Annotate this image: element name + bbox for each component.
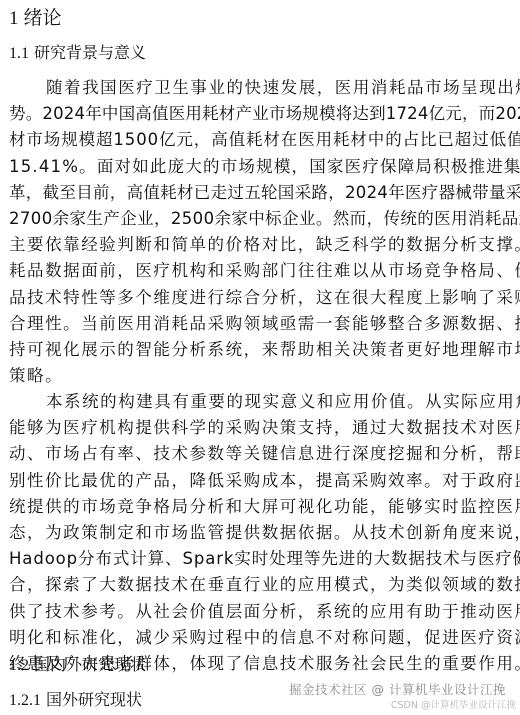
- chapter-title: 绪论: [24, 7, 62, 29]
- paragraph-line: 合理性。当前医用消耗品采购领域亟需一套能够整合多源数据、提供深度分析、支: [9, 311, 505, 337]
- paragraph-line: 别性价比最优的产品，降低采购成本，提高采购效率。对于政府监管部门而言，系: [9, 468, 505, 494]
- paragraph-line: 2700余家生产企业，2500余家中标企业。然而，传统的医用消耗品选品和采购决策: [9, 206, 505, 232]
- watermark-csdn: CSDN @计算机毕业设计江挽: [391, 697, 516, 711]
- paragraph-line: 策略。: [9, 363, 505, 389]
- paragraph-line: 持可视化展示的智能分析系统，来帮助相关决策者更好地理解市场动态，优化选品: [9, 337, 505, 363]
- paragraph-line: 15.41%。面对如此庞大的市场规模，国家医疗保障局积极推进集中带量采购改: [9, 154, 505, 180]
- paragraph-line: 随着我国医疗卫生事业的快速发展，医用消耗品市场呈现出爆发式增长态: [9, 75, 505, 101]
- watermark-juejin: 掘金技术社区 @ 计算机毕业设计江挽: [289, 680, 506, 698]
- paragraph-background: 随着我国医疗卫生事业的快速发展，医用消耗品市场呈现出爆发式增长态 势。2024年…: [9, 75, 505, 389]
- paragraph-line: 势。2024年中国高值医用耗材产业市场规模将达到1724亿元，而2022年我国高…: [9, 101, 505, 127]
- paragraph-line: Hadoop分布式计算、Spark实时处理等先进的大数据技术与医疗健康领域深度融: [9, 546, 505, 572]
- section-title: 研究背景与意义: [34, 43, 146, 62]
- paragraph-line: 能够为医疗机构提供科学的采购决策支持，通过大数据技术对医用消耗品的价格变: [9, 415, 505, 441]
- subsection-heading-1-2-1: 1.2.1国外研究现状: [9, 689, 142, 712]
- paragraph-line: 主要依靠经验判断和简单的价格对比，缺乏科学的数据分析支撑。在海量的医用消: [9, 232, 505, 258]
- paragraph-line: 革，截至目前，高值耗材已走过五轮国采路，2024年医疗器械带量采购工作共涉及: [9, 180, 505, 206]
- paragraph-line: 耗品数据面前，医疗机构和采购部门往往难以从市场竞争格局、价格变动趋势、产: [9, 258, 505, 284]
- paragraph-significance: 本系统的构建具有重要的现实意义和应用价值。从实际应用角度来看，该系统 能够为医疗…: [9, 389, 505, 677]
- paragraph-line: 明化和标准化，减少采购过程中的信息不对称问题，促进医疗资源的合理配置，最: [9, 625, 505, 651]
- subsection-title: 国外研究现状: [46, 690, 142, 709]
- subsection-number: 1.2.1: [9, 692, 41, 709]
- paragraph-line: 态，为政策制定和市场监管提供数据依据。从技术创新角度来说，该系统将: [9, 520, 505, 546]
- section-number: 1.2: [9, 657, 29, 674]
- section-number: 1.1: [9, 45, 29, 62]
- chapter-heading: 1绪论: [9, 6, 62, 31]
- section-heading-1-1: 1.1研究背景与意义: [9, 42, 146, 65]
- section-title: 国内外研究现状: [34, 655, 146, 674]
- paragraph-line: 合，探索了大数据技术在垂直行业的应用模式，为类似领域的数据分析系统开发提: [9, 572, 505, 598]
- paragraph-line: 统提供的市场竞争格局分析和大屏可视化功能，能够实时监控医用消耗品市场动: [9, 494, 505, 520]
- paragraph-line: 材市场规模超1500亿元，高值耗材在医用耗材中的占比已超过低值医用耗材，为: [9, 127, 505, 153]
- paragraph-line: 供了技术参考。从社会价值层面分析，系统的应用有助于推动医用消耗品采购的透: [9, 599, 505, 625]
- paragraph-line: 动、市场占有率、技术参数等关键信息进行深度挖掘和分析，帮助采购人员快速识: [9, 441, 505, 467]
- paragraph-line: 本系统的构建具有重要的现实意义和应用价值。从实际应用角度来看，该系统: [9, 389, 505, 415]
- chapter-number: 1: [9, 8, 19, 29]
- section-heading-1-2: 1.2国内外研究现状: [9, 654, 146, 677]
- paragraph-line: 品技术特性等多个维度进行综合分析，这在很大程度上影响了采购决策的科学性和: [9, 285, 505, 311]
